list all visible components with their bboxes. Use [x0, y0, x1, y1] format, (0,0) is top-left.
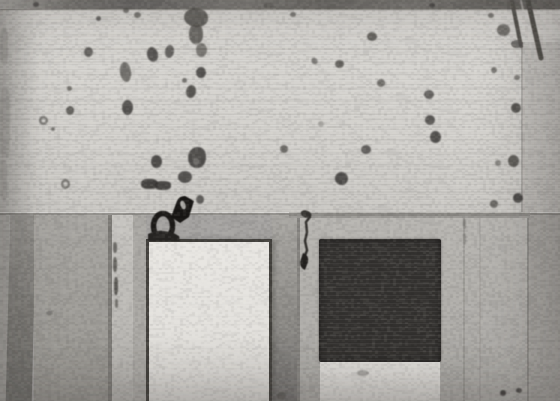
- vignette-overlay: [0, 0, 560, 401]
- photograph: [0, 0, 560, 401]
